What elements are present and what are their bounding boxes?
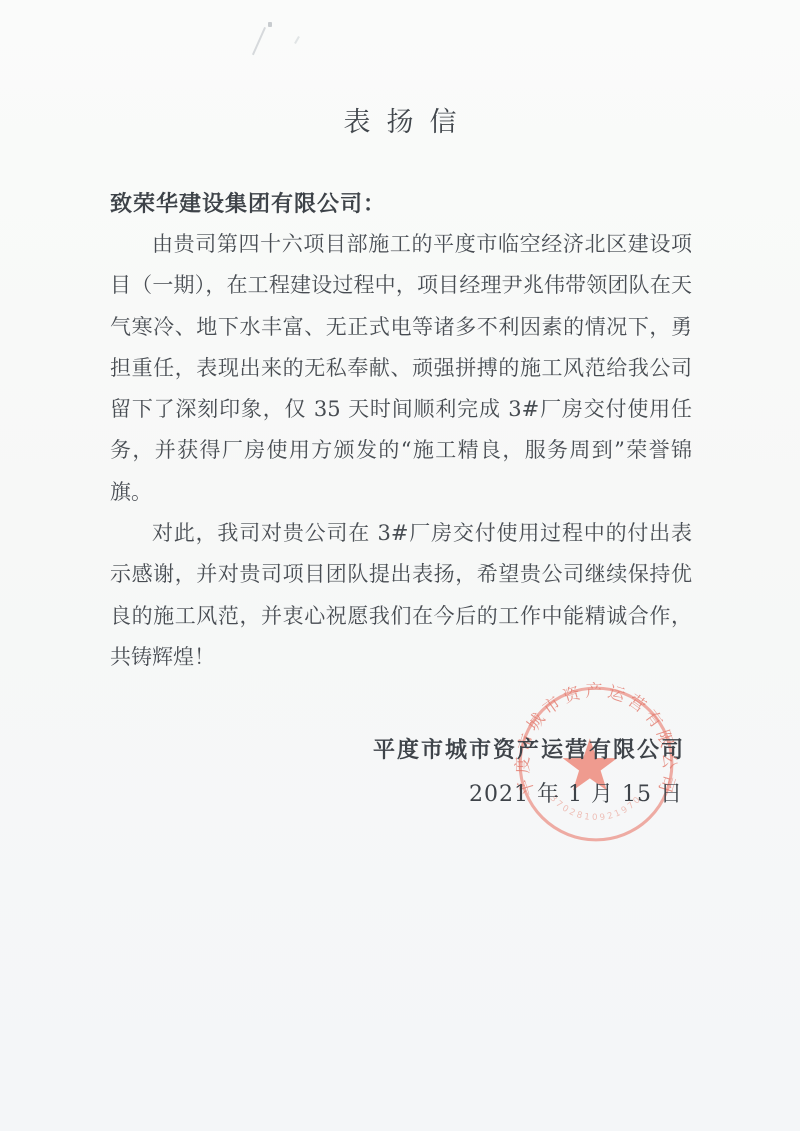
- salutation: 致荣华建设集团有限公司：: [110, 187, 386, 218]
- letter-page: 表扬信 致荣华建设集团有限公司： 由贵司第四十六项目部施工的平度市临空经济北区建…: [0, 0, 800, 1131]
- company-seal-stamp: 平度市城市资产运营有限公司 3702810921970: [514, 682, 678, 846]
- scan-scratch-mark: [252, 27, 266, 55]
- signature-date: 2021 年 1 月 15 日: [469, 777, 683, 808]
- letter-body: 由贵司第四十六项目部施工的平度市临空经济北区建设项目（一期），在工程建设过程中，…: [110, 224, 692, 678]
- signature-company: 平度市城市资产运营有限公司: [373, 733, 685, 764]
- scan-scratch-mark: [268, 22, 272, 27]
- paragraph-2: 对此，我司对贵公司在 3#厂房交付使用过程中的付出表示感谢，并对贵司项目团队提出…: [110, 513, 692, 678]
- paragraph-1: 由贵司第四十六项目部施工的平度市临空经济北区建设项目（一期），在工程建设过程中，…: [110, 224, 692, 513]
- scan-scratch-mark: [294, 36, 300, 44]
- letter-title: 表扬信: [0, 100, 800, 139]
